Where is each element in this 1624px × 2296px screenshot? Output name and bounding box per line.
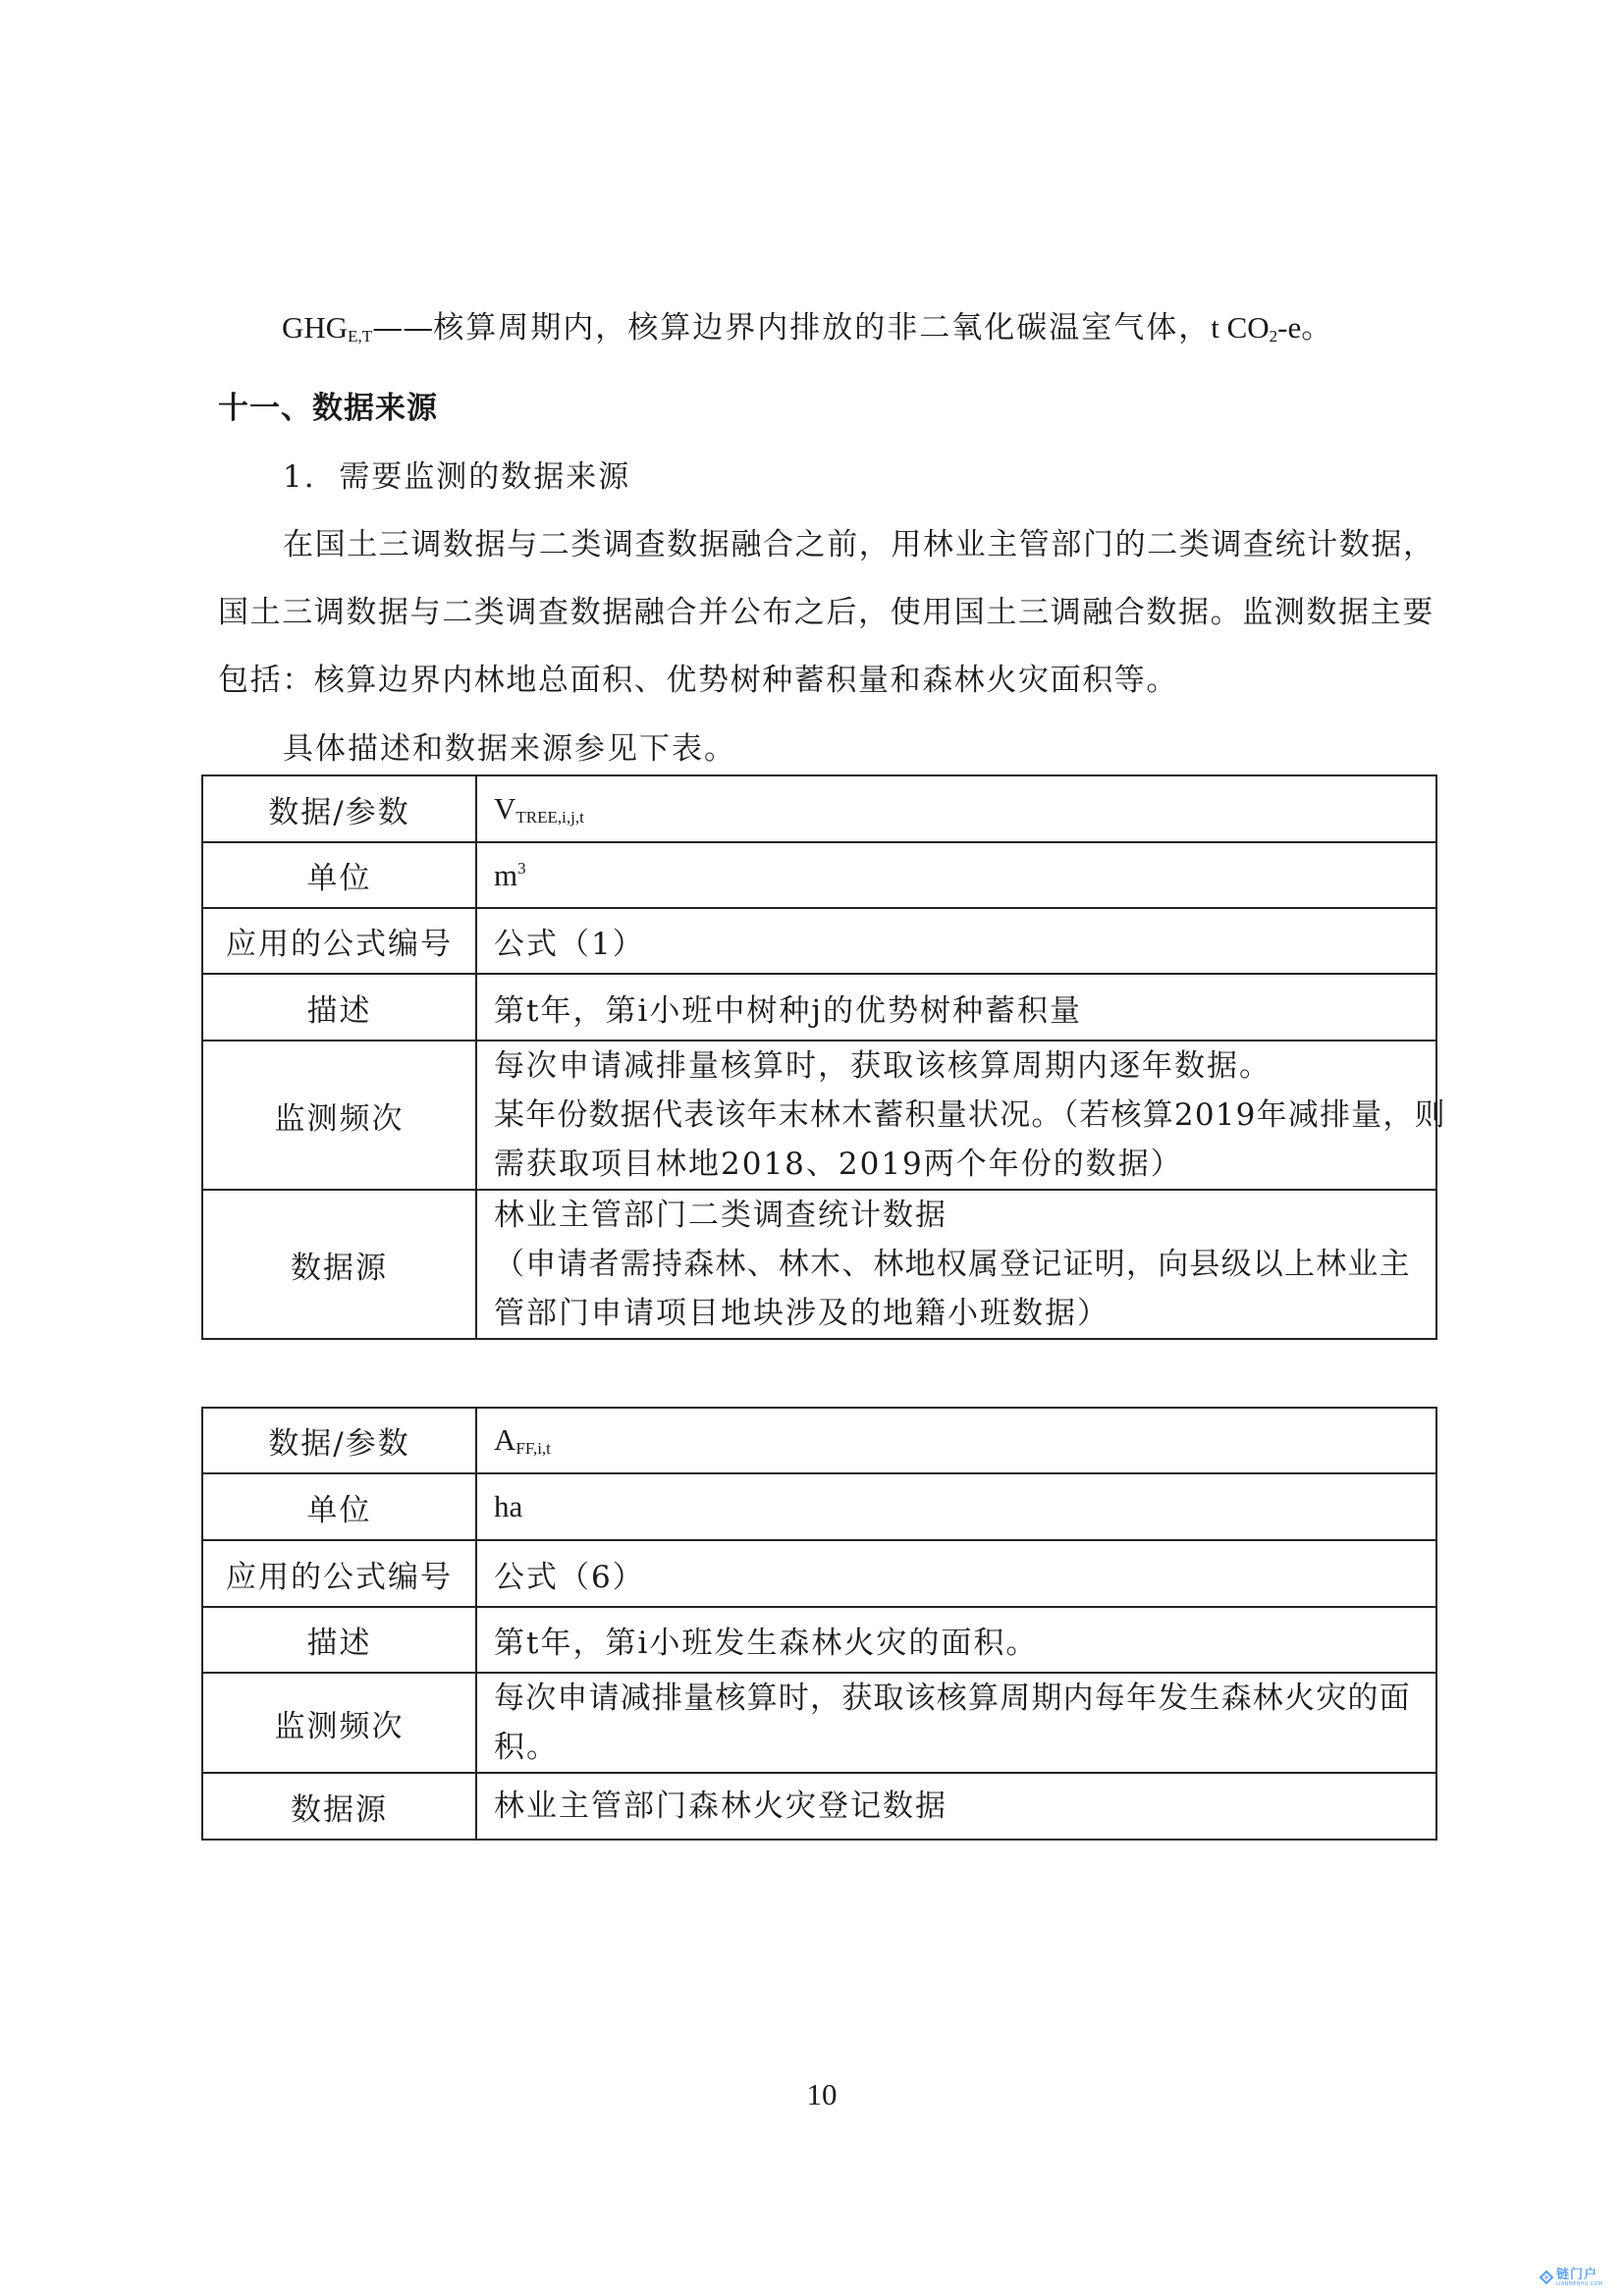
param-subscript: FF,i,t bbox=[515, 1439, 551, 1458]
label-frequency: 监测频次 bbox=[202, 1041, 476, 1190]
label-description: 描述 bbox=[202, 974, 476, 1041]
definition-text: 核算周期内，核算边界内排放的非二氧化碳温室气体， bbox=[433, 310, 1211, 346]
brand-diamond-icon bbox=[1540, 2270, 1553, 2284]
param-subscript: TREE,i,j,t bbox=[515, 808, 583, 827]
paragraph-line-2: 国土三调数据与二类调查数据融合并公布之后，使用国土三调融合数据。监测数据主要 bbox=[218, 593, 1435, 632]
frequency-line: 积。 bbox=[494, 1723, 1426, 1772]
value-unit: m3 bbox=[476, 842, 1436, 908]
ghg-definition: GHGE,T——核算周期内，核算边界内排放的非二氧化碳温室气体，t CO2-e。 bbox=[282, 308, 1331, 356]
label-frequency: 监测频次 bbox=[202, 1673, 476, 1773]
value-frequency: 每次申请减排量核算时，获取该核算周期内每年发生森林火灾的面 积。 bbox=[476, 1673, 1436, 1773]
value-frequency: 每次申请减排量核算时，获取该核算周期内逐年数据。 某年份数据代表该年末林木蓄积量… bbox=[476, 1041, 1436, 1190]
paragraph-line-3: 包括：核算边界内林地总面积、优势树种蓄积量和森林火灾面积等。 bbox=[218, 661, 1178, 700]
table-row: 描述 第t年，第i小班发生森林火灾的面积。 bbox=[202, 1607, 1436, 1673]
frequency-line: 每次申请减排量核算时，获取该核算周期内每年发生森林火灾的面 bbox=[494, 1674, 1426, 1723]
label-source: 数据源 bbox=[202, 1190, 476, 1339]
frequency-line: 每次申请减排量核算时，获取该核算周期内逐年数据。 bbox=[494, 1041, 1426, 1091]
label-source: 数据源 bbox=[202, 1773, 476, 1840]
table-row: 单位 m3 bbox=[202, 842, 1436, 908]
table-row: 数据/参数 VTREE,i,j,t bbox=[202, 775, 1436, 842]
table-row: 应用的公式编号 公式（6） bbox=[202, 1540, 1436, 1607]
label-unit: 单位 bbox=[202, 1473, 476, 1540]
parameter-table-vtree: 数据/参数 VTREE,i,j,t 单位 m3 应用的公式编号 公式（1） 描述… bbox=[201, 774, 1437, 1340]
value-formula: 公式（6） bbox=[476, 1540, 1436, 1607]
label-formula: 应用的公式编号 bbox=[202, 1540, 476, 1607]
label-param: 数据/参数 bbox=[202, 775, 476, 842]
source-line: 林业主管部门森林火灾登记数据 bbox=[494, 1782, 1426, 1831]
label-formula: 应用的公式编号 bbox=[202, 908, 476, 974]
value-param: VTREE,i,j,t bbox=[476, 775, 1436, 842]
symbol-subscript: E,T bbox=[348, 327, 372, 346]
symbol-main: GHG bbox=[282, 310, 348, 345]
table-row: 监测频次 每次申请减排量核算时，获取该核算周期内每年发生森林火灾的面 积。 bbox=[202, 1673, 1436, 1773]
table-row: 单位 ha bbox=[202, 1473, 1436, 1540]
table-intro: 具体描述和数据来源参见下表。 bbox=[283, 729, 736, 769]
table-row: 描述 第t年，第i小班中树种j的优势树种蓄积量 bbox=[202, 974, 1436, 1041]
table-row: 数据源 林业主管部门森林火灾登记数据 bbox=[202, 1773, 1436, 1840]
section-heading: 十一、数据来源 bbox=[218, 389, 438, 428]
value-source: 林业主管部门森林火灾登记数据 bbox=[476, 1773, 1436, 1840]
value-formula: 公式（1） bbox=[476, 908, 1436, 974]
table-row: 数据/参数 AFF,i,t bbox=[202, 1408, 1436, 1473]
value-unit: ha bbox=[476, 1473, 1436, 1540]
table-row: 数据源 林业主管部门二类调查统计数据 （申请者需持森林、林木、林地权属登记证明，… bbox=[202, 1190, 1436, 1339]
em-dash: —— bbox=[372, 310, 433, 346]
label-param: 数据/参数 bbox=[202, 1408, 476, 1473]
unit-suffix: -e。 bbox=[1277, 310, 1331, 345]
frequency-line: 需获取项目林地2018、2019两个年份的数据） bbox=[494, 1140, 1426, 1189]
watermark-brand-en: LIANMENHU.COM bbox=[1556, 2282, 1602, 2287]
label-description: 描述 bbox=[202, 1607, 476, 1673]
paragraph-line-1: 在国土三调数据与二类调查数据融合之前，用林业主管部门的二类调查统计数据， bbox=[283, 525, 1435, 564]
parameter-table-aff: 数据/参数 AFF,i,t 单位 ha 应用的公式编号 公式（6） 描述 第t年… bbox=[201, 1407, 1437, 1841]
table-row: 应用的公式编号 公式（1） bbox=[202, 908, 1436, 974]
param-symbol: V bbox=[494, 791, 515, 826]
source-line: （申请者需持森林、林木、林地权属登记证明，向县级以上林业主 bbox=[494, 1240, 1426, 1289]
frequency-line: 某年份数据代表该年末林木蓄积量状况。（若核算2019年减排量，则 bbox=[494, 1091, 1426, 1140]
value-source: 林业主管部门二类调查统计数据 （申请者需持森林、林木、林地权属登记证明，向县级以… bbox=[476, 1190, 1436, 1339]
source-line: 林业主管部门二类调查统计数据 bbox=[494, 1191, 1426, 1240]
unit-symbol: ha bbox=[494, 1489, 522, 1523]
watermark-brand-cn: 链门户 bbox=[1556, 2269, 1602, 2281]
subsection-heading: 1. 需要监测的数据来源 bbox=[283, 457, 630, 497]
param-symbol: A bbox=[494, 1422, 515, 1457]
unit-superscript: 3 bbox=[517, 859, 526, 878]
value-description: 第t年，第i小班中树种j的优势树种蓄积量 bbox=[476, 974, 1436, 1041]
watermark-logo: 链门户 LIANMENHU.COM bbox=[1540, 2264, 1620, 2291]
value-description: 第t年，第i小班发生森林火灾的面积。 bbox=[476, 1607, 1436, 1673]
unit-symbol: m bbox=[494, 858, 517, 892]
page-number: 10 bbox=[0, 2075, 1624, 2114]
source-line: 管部门申请项目地块涉及的地籍小班数据） bbox=[494, 1289, 1426, 1338]
unit-subscript: 2 bbox=[1270, 327, 1278, 346]
unit-prefix: t CO bbox=[1211, 310, 1269, 345]
label-unit: 单位 bbox=[202, 842, 476, 908]
table-row: 监测频次 每次申请减排量核算时，获取该核算周期内逐年数据。 某年份数据代表该年末… bbox=[202, 1041, 1436, 1190]
value-param: AFF,i,t bbox=[476, 1408, 1436, 1473]
